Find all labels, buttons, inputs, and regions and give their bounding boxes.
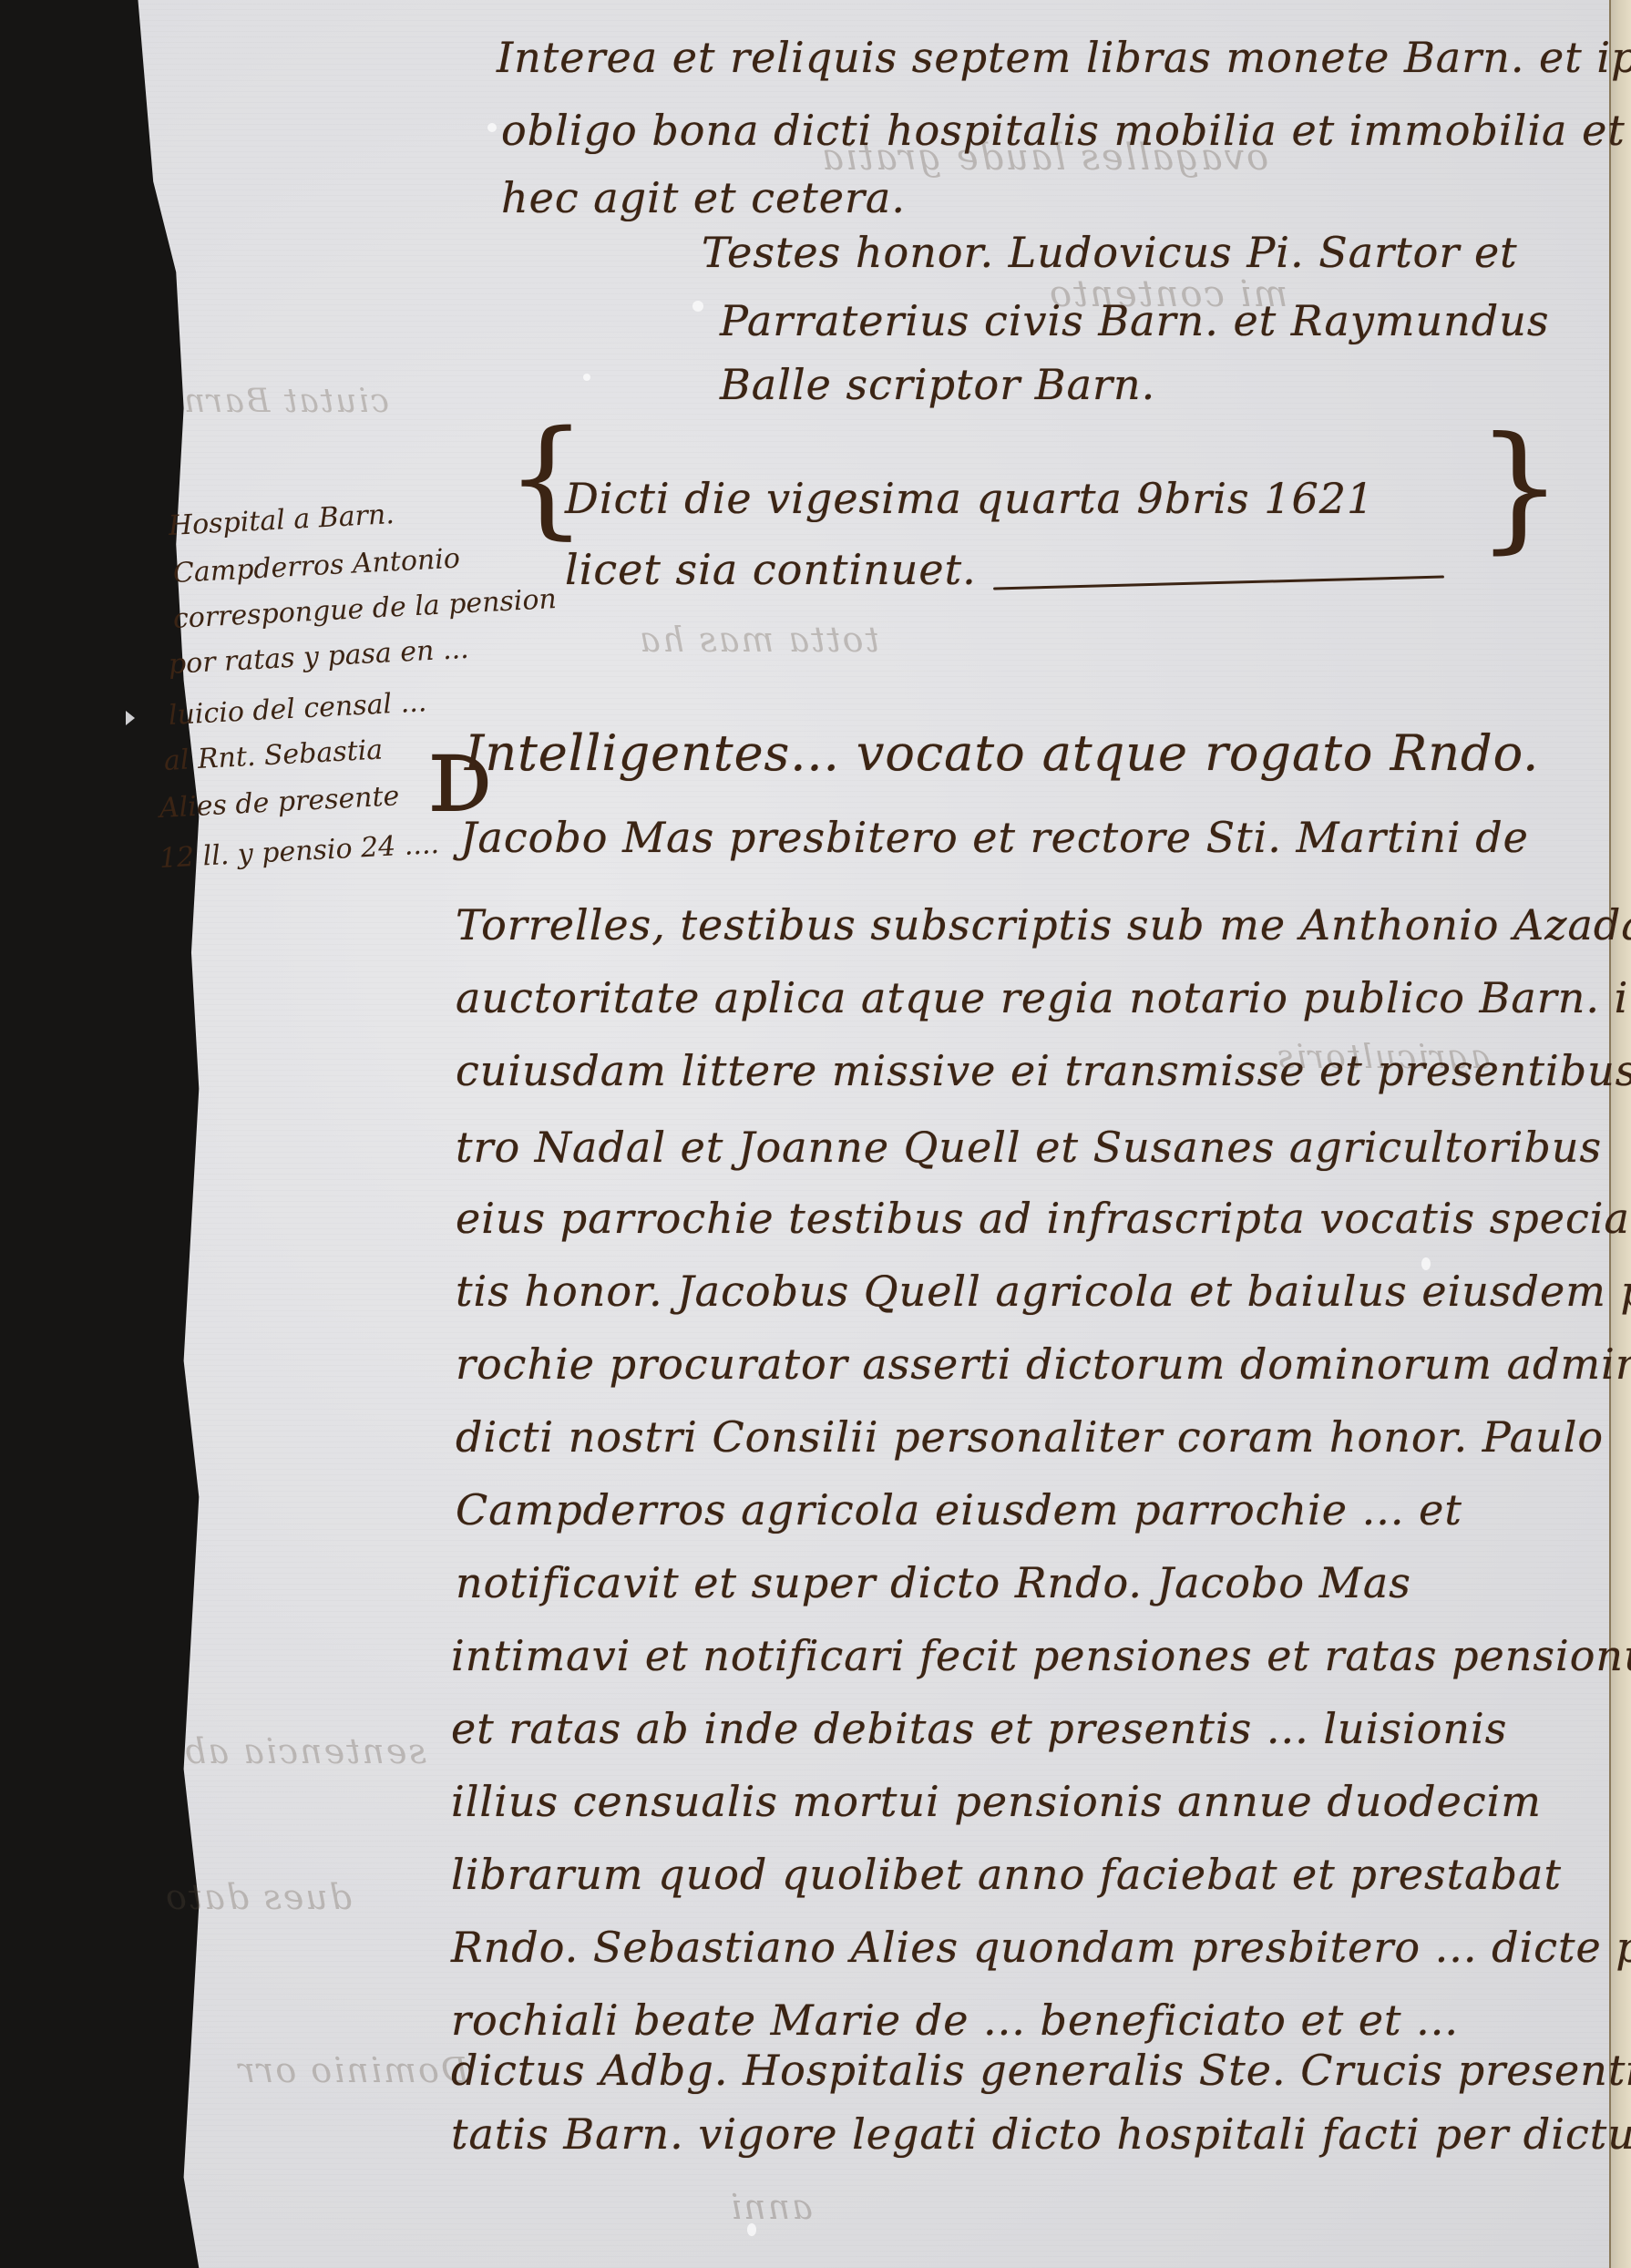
- witness-line-1: Testes honor. Ludovicus Pi. Sartor et: [702, 228, 1518, 277]
- bleed-through-text: anni: [729, 2187, 813, 2227]
- date-line-2: licet sia continuet.: [565, 545, 977, 594]
- body-line-8: tis honor. Jacobus Quell agricola et bai…: [456, 1267, 1631, 1316]
- opening-line-3: hec agit et cetera.: [501, 173, 906, 222]
- date-line-1: Dicti die vigesima quarta 9bris 1621: [565, 474, 1374, 523]
- body-line-9: rochie procurator asserti dictorum domin…: [456, 1339, 1631, 1389]
- body-line-11: Campderros agricola eiusdem parrochie ..…: [456, 1485, 1462, 1534]
- opening-line-1: Interea et reliquis septem libras monete…: [497, 33, 1631, 82]
- paper-speck: [487, 123, 497, 132]
- body-line-12: notificavit et super dicto Rndo. Jacobo …: [456, 1558, 1411, 1607]
- body-line-7: eius parrochie testibus ad infrascripta …: [456, 1194, 1631, 1243]
- paper-speck: [692, 301, 703, 312]
- witness-line-3: Balle scriptor Barn.: [720, 360, 1155, 409]
- body-line-17: Rndo. Sebastiano Alies quondam presbiter…: [451, 1923, 1631, 1972]
- body-line-4: auctoritate aplica atque regia notario p…: [456, 973, 1631, 1022]
- paper-speck: [583, 374, 590, 381]
- page-tab-marker: [126, 711, 135, 725]
- witness-line-2: Parraterius civis Barn. et Raymundus: [720, 296, 1549, 345]
- body-line-18: rochiali beate Marie de ... beneficiato …: [451, 1996, 1459, 2045]
- body-line-5: cuiusdam littere missive ei transmisse e…: [456, 1046, 1631, 1095]
- body-line-2: Jacobo Mas presbitero et rectore Sti. Ma…: [460, 813, 1529, 862]
- bleed-through-text: totta mas ha: [638, 620, 879, 660]
- body-line-10: dicti nostri Consilii personaliter coram…: [456, 1412, 1604, 1462]
- body-line-1: Intelligentes... vocato atque rogato Rnd…: [465, 724, 1539, 782]
- body-line-3: Torrelles, testibus subscriptis sub me A…: [456, 900, 1631, 949]
- bleed-through-text: Dominio orr: [237, 2050, 468, 2090]
- body-line-13: intimavi et notificari fecit pensiones e…: [451, 1631, 1631, 1680]
- right-brace-icon: }: [1476, 419, 1563, 556]
- body-line-14: et ratas ab inde debitas et presentis ..…: [451, 1704, 1507, 1753]
- paper-speck: [747, 2223, 756, 2236]
- body-line-15: illius censualis mortui pensionis annue …: [451, 1777, 1542, 1826]
- bleed-through-text: sentencia ab: [182, 1731, 426, 1771]
- opening-line-2: obligo bona dicti hospitalis mobilia et …: [501, 106, 1631, 155]
- body-line-16: librarum quod quolibet anno faciebat et …: [451, 1850, 1562, 1899]
- body-line-19: dictus Adbg. Hospitalis generalis Ste. C…: [451, 2046, 1631, 2095]
- body-line-6: tro Nadal et Joanne Quell et Susanes agr…: [456, 1123, 1602, 1172]
- bleed-through-text: ciutat Barn: [182, 383, 389, 420]
- body-line-20: tatis Barn. vigore legati dicto hospital…: [451, 2109, 1631, 2159]
- manuscript-scan: ovagalles laude gratia mi contento ciuta…: [0, 0, 1631, 2268]
- bleed-through-text: dues dato: [164, 1877, 352, 1917]
